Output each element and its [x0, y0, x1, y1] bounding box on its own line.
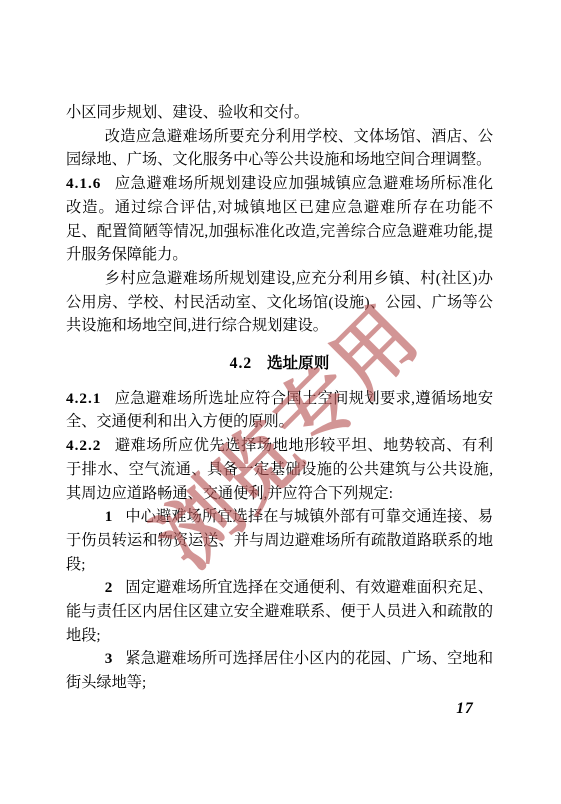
section-text: 避难场所应优先选择场地地形较平坦、地势较高、有利于排水、空气流通、具备一定基础设…	[66, 437, 493, 501]
heading-number: 4.2	[230, 355, 253, 372]
heading-title: 选址原则	[267, 355, 329, 372]
item-number: 2	[105, 579, 113, 596]
list-item-3: 3紧急避难场所可选择居住小区内的花园、广场、空地和街头绿地等;	[66, 647, 493, 694]
paragraph-continuation: 小区同步规划、建设、验收和交付。	[66, 101, 493, 125]
heading-4-2: 4.2选址原则	[66, 352, 493, 376]
paragraph-reform: 改造应急避难场所要充分利用学校、文体场馆、酒店、公园绿地、广场、文化服务中心等公…	[66, 125, 493, 172]
section-text: 应急避难场所选址应符合国土空间规划要求,遵循场地安全、交通便利和出入方便的原则。	[66, 390, 493, 431]
list-item-1: 1中心避难场所宜选择在与城镇外部有可靠交通连接、易于伤员转运和物资运送、并与周边…	[66, 505, 493, 576]
section-4-2-2: 4.2.2避难场所应优先选择场地地形较平坦、地势较高、有利于排水、空气流通、具备…	[66, 434, 493, 505]
section-4-2-1: 4.2.1应急避难场所选址应符合国土空间规划要求,遵循场地安全、交通便利和出入方…	[66, 387, 493, 434]
page-number: 17	[450, 700, 480, 718]
list-item-2: 2固定避难场所宜选择在交通便利、有效避难面积充足、能与责任区内居住区建立安全避难…	[66, 576, 493, 647]
section-number: 4.1.6	[66, 175, 101, 192]
item-number: 3	[105, 650, 113, 667]
page-body: 小区同步规划、建设、验收和交付。 改造应急避难场所要充分利用学校、文体场馆、酒店…	[66, 101, 493, 695]
document-page: 浏览专用 小区同步规划、建设、验收和交付。 改造应急避难场所要充分利用学校、文体…	[0, 0, 561, 804]
item-number: 1	[105, 508, 113, 525]
item-text: 中心避难场所宜选择在与城镇外部有可靠交通连接、易于伤员转运和物资运送、并与周边避…	[66, 508, 493, 572]
section-number: 4.2.1	[66, 390, 101, 407]
item-text: 固定避难场所宜选择在交通便利、有效避难面积充足、能与责任区内居住区建立安全避难联…	[66, 579, 493, 643]
section-text: 应急避难场所规划建设应加强城镇应急避难场所标准化改造。通过综合评估,对城镇地区已…	[66, 175, 493, 263]
item-text: 紧急避难场所可选择居住小区内的花园、广场、空地和街头绿地等;	[66, 650, 493, 691]
section-4-1-6: 4.1.6应急避难场所规划建设应加强城镇应急避难场所标准化改造。通过综合评估,对…	[66, 172, 493, 267]
section-number: 4.2.2	[66, 437, 101, 454]
paragraph-rural: 乡村应急避难场所规划建设,应充分利用乡镇、村(社区)办公用房、学校、村民活动室、…	[66, 267, 493, 338]
